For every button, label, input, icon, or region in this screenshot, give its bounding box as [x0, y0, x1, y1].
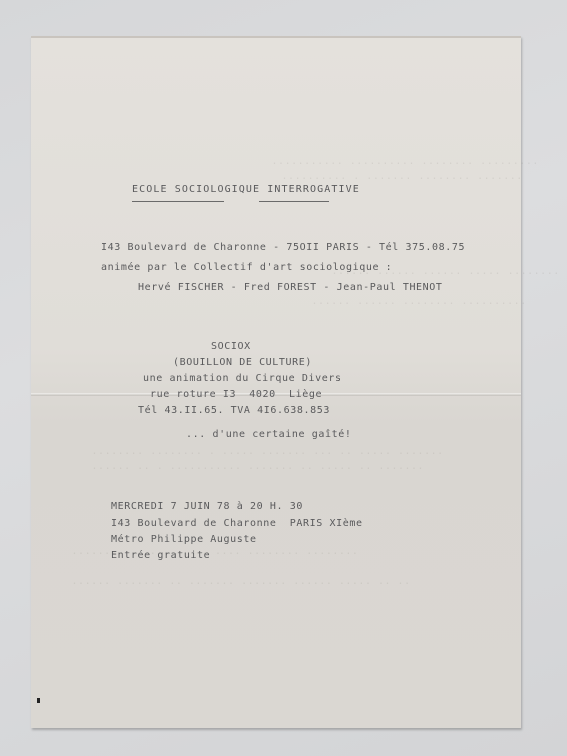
- guest-subtitle: (BOUILLON DE CULTURE): [173, 357, 312, 368]
- bleed-through-text: .. .. ..... ...... ....... ....... .. ..…: [71, 576, 410, 587]
- event-entry: Entrée gratuite: [111, 550, 210, 561]
- bleed-through-text: ....... ........ ....... . ..........: [281, 171, 522, 182]
- event-venue: I43 Boulevard de Charonne PARIS XIème: [111, 518, 363, 529]
- address-line: I43 Boulevard de Charonne - 75OII PARIS …: [101, 242, 465, 253]
- bleed-through-text: ......... ........ .......... ..........…: [271, 156, 538, 167]
- members-line: Hervé FISCHER - Fred FOREST - Jean-Paul …: [138, 282, 443, 293]
- bleed-through-text: ....... .. ..... .. ....... ........... …: [91, 461, 424, 472]
- document-title: ECOLE SOCIOLOGIQUE INTERROGATIVE: [132, 184, 360, 195]
- bleed-through-text: .......... ........ ...... ......: [311, 296, 526, 307]
- guest-address: rue roture I3 4020 Liège: [150, 389, 322, 400]
- title-underline: [259, 201, 329, 202]
- animated-by-line: animée par le Collectif d'art sociologiq…: [101, 262, 392, 273]
- guest-contact: Tél 43.II.65. TVA 4I6.638.853: [138, 405, 330, 416]
- guest-description: une animation du Cirque Divers: [143, 373, 342, 384]
- title-underline: [132, 201, 224, 202]
- paper-sheet: ......... ........ .......... ..........…: [31, 36, 521, 728]
- tagline: ... d'une certaine gaîté!: [186, 429, 352, 440]
- bleed-through-text: ....... ..... .. ... ....... ..... . ...…: [91, 446, 443, 457]
- guest-name: SOCIOX: [211, 341, 251, 352]
- ink-mark: [37, 698, 40, 703]
- event-metro: Métro Philippe Auguste: [111, 534, 257, 545]
- event-date: MERCREDI 7 JUIN 78 à 20 H. 30: [111, 501, 303, 512]
